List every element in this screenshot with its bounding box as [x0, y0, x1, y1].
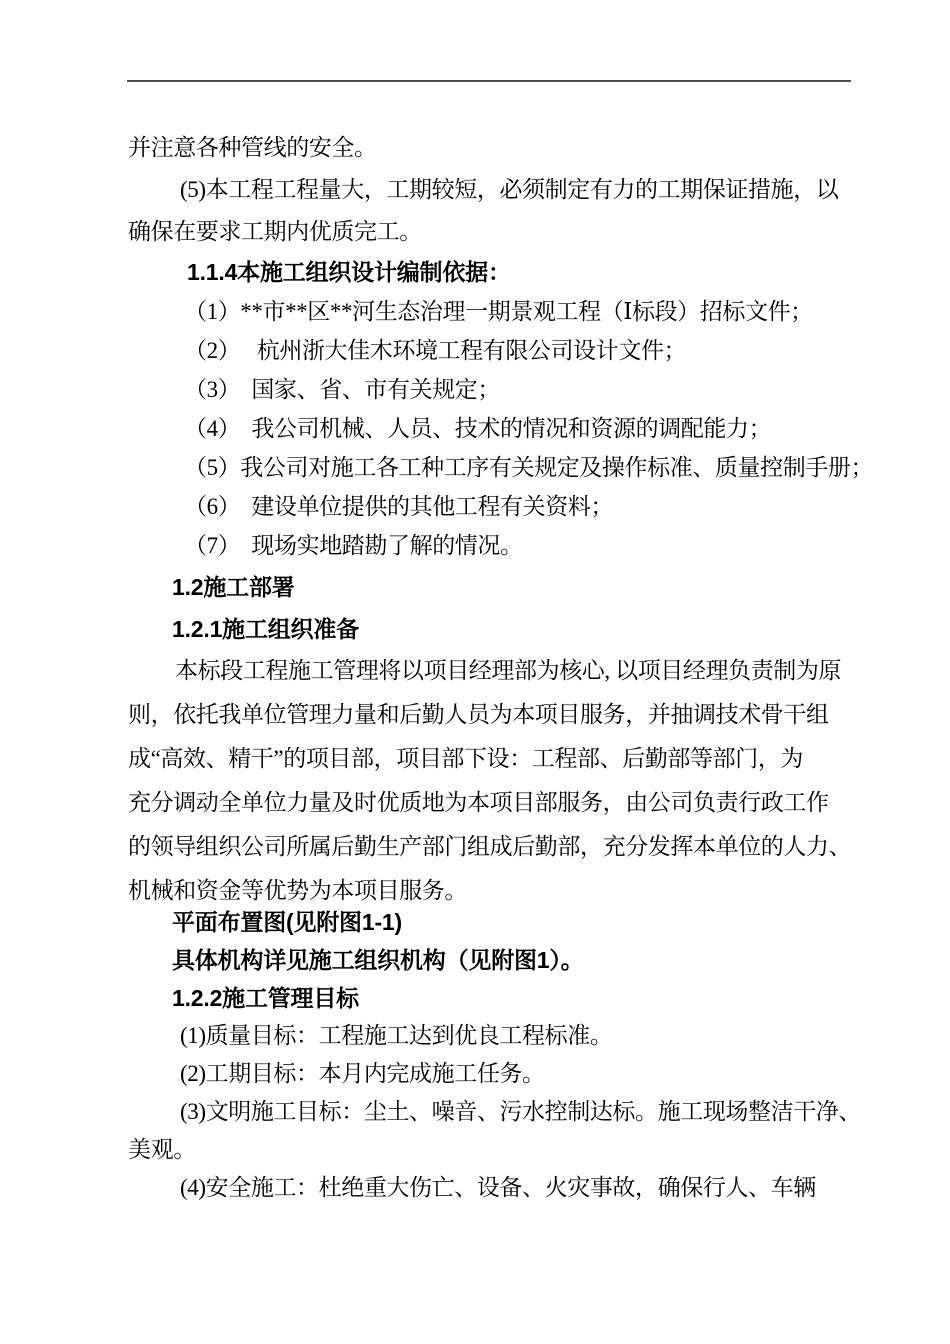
page-body-text: 并注意各种管线的安全。 (5)本工程工程量大，工期较短，必须制定有力的工期保证措…	[128, 127, 928, 1207]
page-header-rule	[127, 80, 851, 82]
basis-item-7-site-survey: （7） 现场实地踏勘了解的情况。	[128, 526, 928, 565]
objective-item-4-safety: (4)安全施工：杜绝重大伤亡、设备、火灾事故，确保行人、车辆	[128, 1169, 928, 1207]
basis-item-4-company-resources: （4） 我公司机械、人员、技术的情况和资源的调配能力；	[128, 409, 928, 448]
objective-item-1-quality: (1)质量目标：工程施工达到优良工程标准。	[128, 1017, 928, 1055]
document-page: 并注意各种管线的安全。 (5)本工程工程量大，工期较短，必须制定有力的工期保证措…	[0, 0, 950, 1344]
paragraph-schedule-guarantee: (5)本工程工程量大，工期较短，必须制定有力的工期保证措施，以 确保在要求工期内…	[128, 169, 928, 253]
basis-item-2-design-documents: （2） 杭州浙大佳木环境工程有限公司设计文件；	[128, 331, 928, 370]
objective-item-2-schedule: (2)工期目标：本月内完成施工任务。	[128, 1055, 928, 1093]
basis-item-3-regulations: （3） 国家、省、市有关规定；	[128, 370, 928, 409]
heading-1-2-construction-deployment: 1.2施工部署	[128, 565, 928, 609]
paragraph-pipeline-safety-tail: 并注意各种管线的安全。	[128, 127, 928, 169]
heading-1-2-2-management-objectives: 1.2.2施工管理目标	[128, 979, 928, 1017]
paragraph-project-management-organization: 本标段工程施工管理将以项目经理部为核心, 以项目经理负责制为原 则，依托我单位管…	[128, 649, 928, 913]
objective-item-3-civilized-construction: (3)文明施工目标：尘土、噪音、污水控制达标。施工现场整洁干净、 美观。	[128, 1093, 928, 1169]
note-site-layout-drawing: 平面布置图(见附图1-1)	[128, 903, 928, 941]
basis-item-6-owner-materials: （6） 建设单位提供的其他工程有关资料；	[128, 487, 928, 526]
heading-1-1-4-compilation-basis: 1.1.4本施工组织设计编制依据：	[128, 253, 928, 292]
basis-item-5-quality-manual: （5）我公司对施工各工种工序有关规定及操作标准、质量控制手册；	[128, 448, 928, 487]
heading-1-2-1-organization-preparation: 1.2.1施工组织准备	[128, 609, 928, 649]
basis-item-1-bidding-documents: （1）**市**区**河生态治理一期景观工程（Ⅰ标段）招标文件；	[128, 292, 928, 331]
note-organization-chart-reference: 具体机构详见施工组织机构（见附图1）。	[128, 941, 928, 979]
